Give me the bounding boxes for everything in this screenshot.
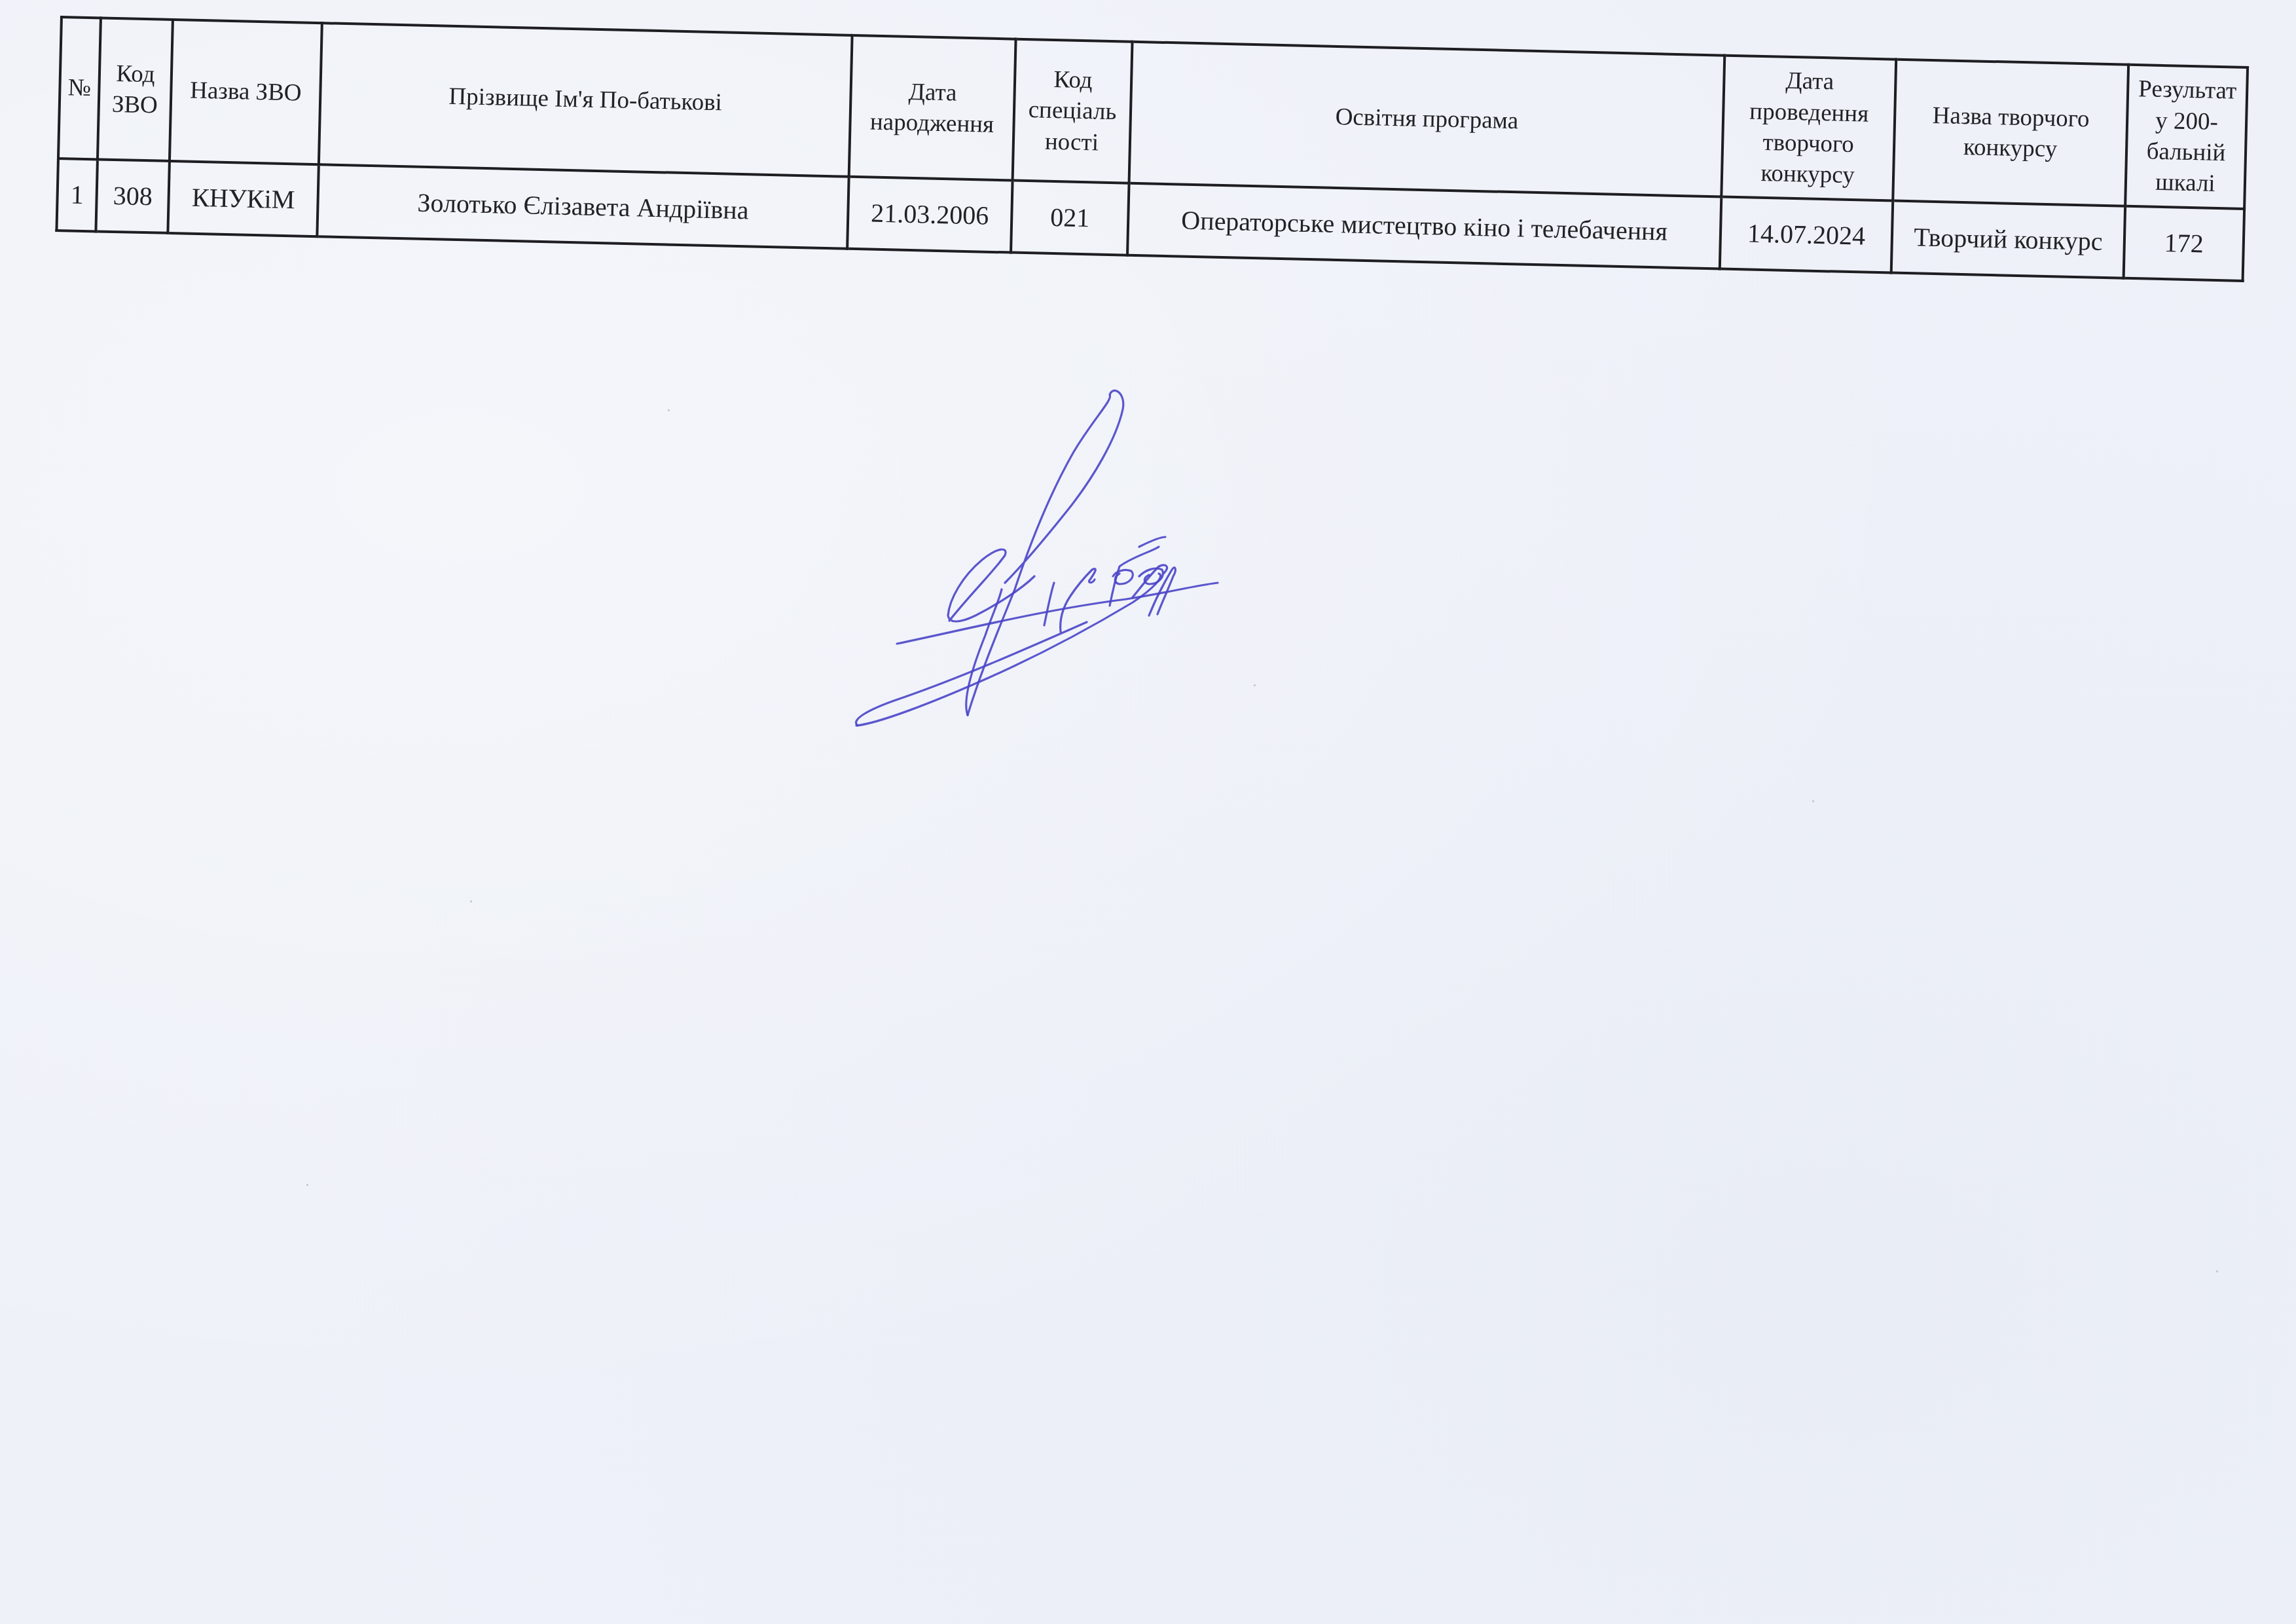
cell-program: Операторське мистецтво кіно і телебаченн… xyxy=(1127,183,1721,269)
header-zvo-name: Назва ЗВО xyxy=(170,20,322,164)
cell-birth-date: 21.03.2006 xyxy=(847,177,1012,253)
scan-speck xyxy=(470,900,472,902)
results-table: № Код ЗВО Назва ЗВО Прізвище Ім'я По-бат… xyxy=(55,16,2249,282)
cell-contest-date: 14.07.2024 xyxy=(1720,197,1893,273)
header-spec-code: Код спеціаль ності xyxy=(1013,39,1133,183)
document-page: № Код ЗВО Назва ЗВО Прізвище Ім'я По-бат… xyxy=(0,0,2296,1624)
scan-speck xyxy=(668,409,670,411)
scan-speck xyxy=(1254,684,1256,686)
scan-speck xyxy=(306,1184,308,1186)
header-program: Освітня програма xyxy=(1129,42,1725,197)
header-contest-name: Назва творчого конкурсу xyxy=(1893,60,2128,206)
header-num: № xyxy=(58,17,101,159)
cell-zvo-name: КНУКіМ xyxy=(168,161,318,236)
header-birth-date: Дата народження xyxy=(849,35,1016,181)
cell-full-name: Золотько Єлізавета Андріївна xyxy=(317,164,848,249)
scan-speck xyxy=(2216,1270,2218,1272)
header-contest-date: Дата проведення творчого конкурсу xyxy=(1721,56,1896,201)
cell-code-zvo: 308 xyxy=(96,159,170,233)
cell-spec-code: 021 xyxy=(1011,181,1129,255)
header-code-zvo: Код ЗВО xyxy=(98,18,173,160)
scan-speck xyxy=(1812,800,1814,802)
header-full-name: Прізвище Ім'я По-батькові xyxy=(319,23,852,177)
cell-result: 172 xyxy=(2124,206,2244,281)
results-table-container: № Код ЗВО Назва ЗВО Прізвище Ім'я По-бат… xyxy=(55,16,2249,282)
cell-num: 1 xyxy=(56,158,98,231)
cell-contest-name: Творчий конкурс xyxy=(1891,201,2125,278)
signature-icon xyxy=(851,380,1872,799)
header-result: Результат у 200-бальній шкалі xyxy=(2125,65,2248,209)
